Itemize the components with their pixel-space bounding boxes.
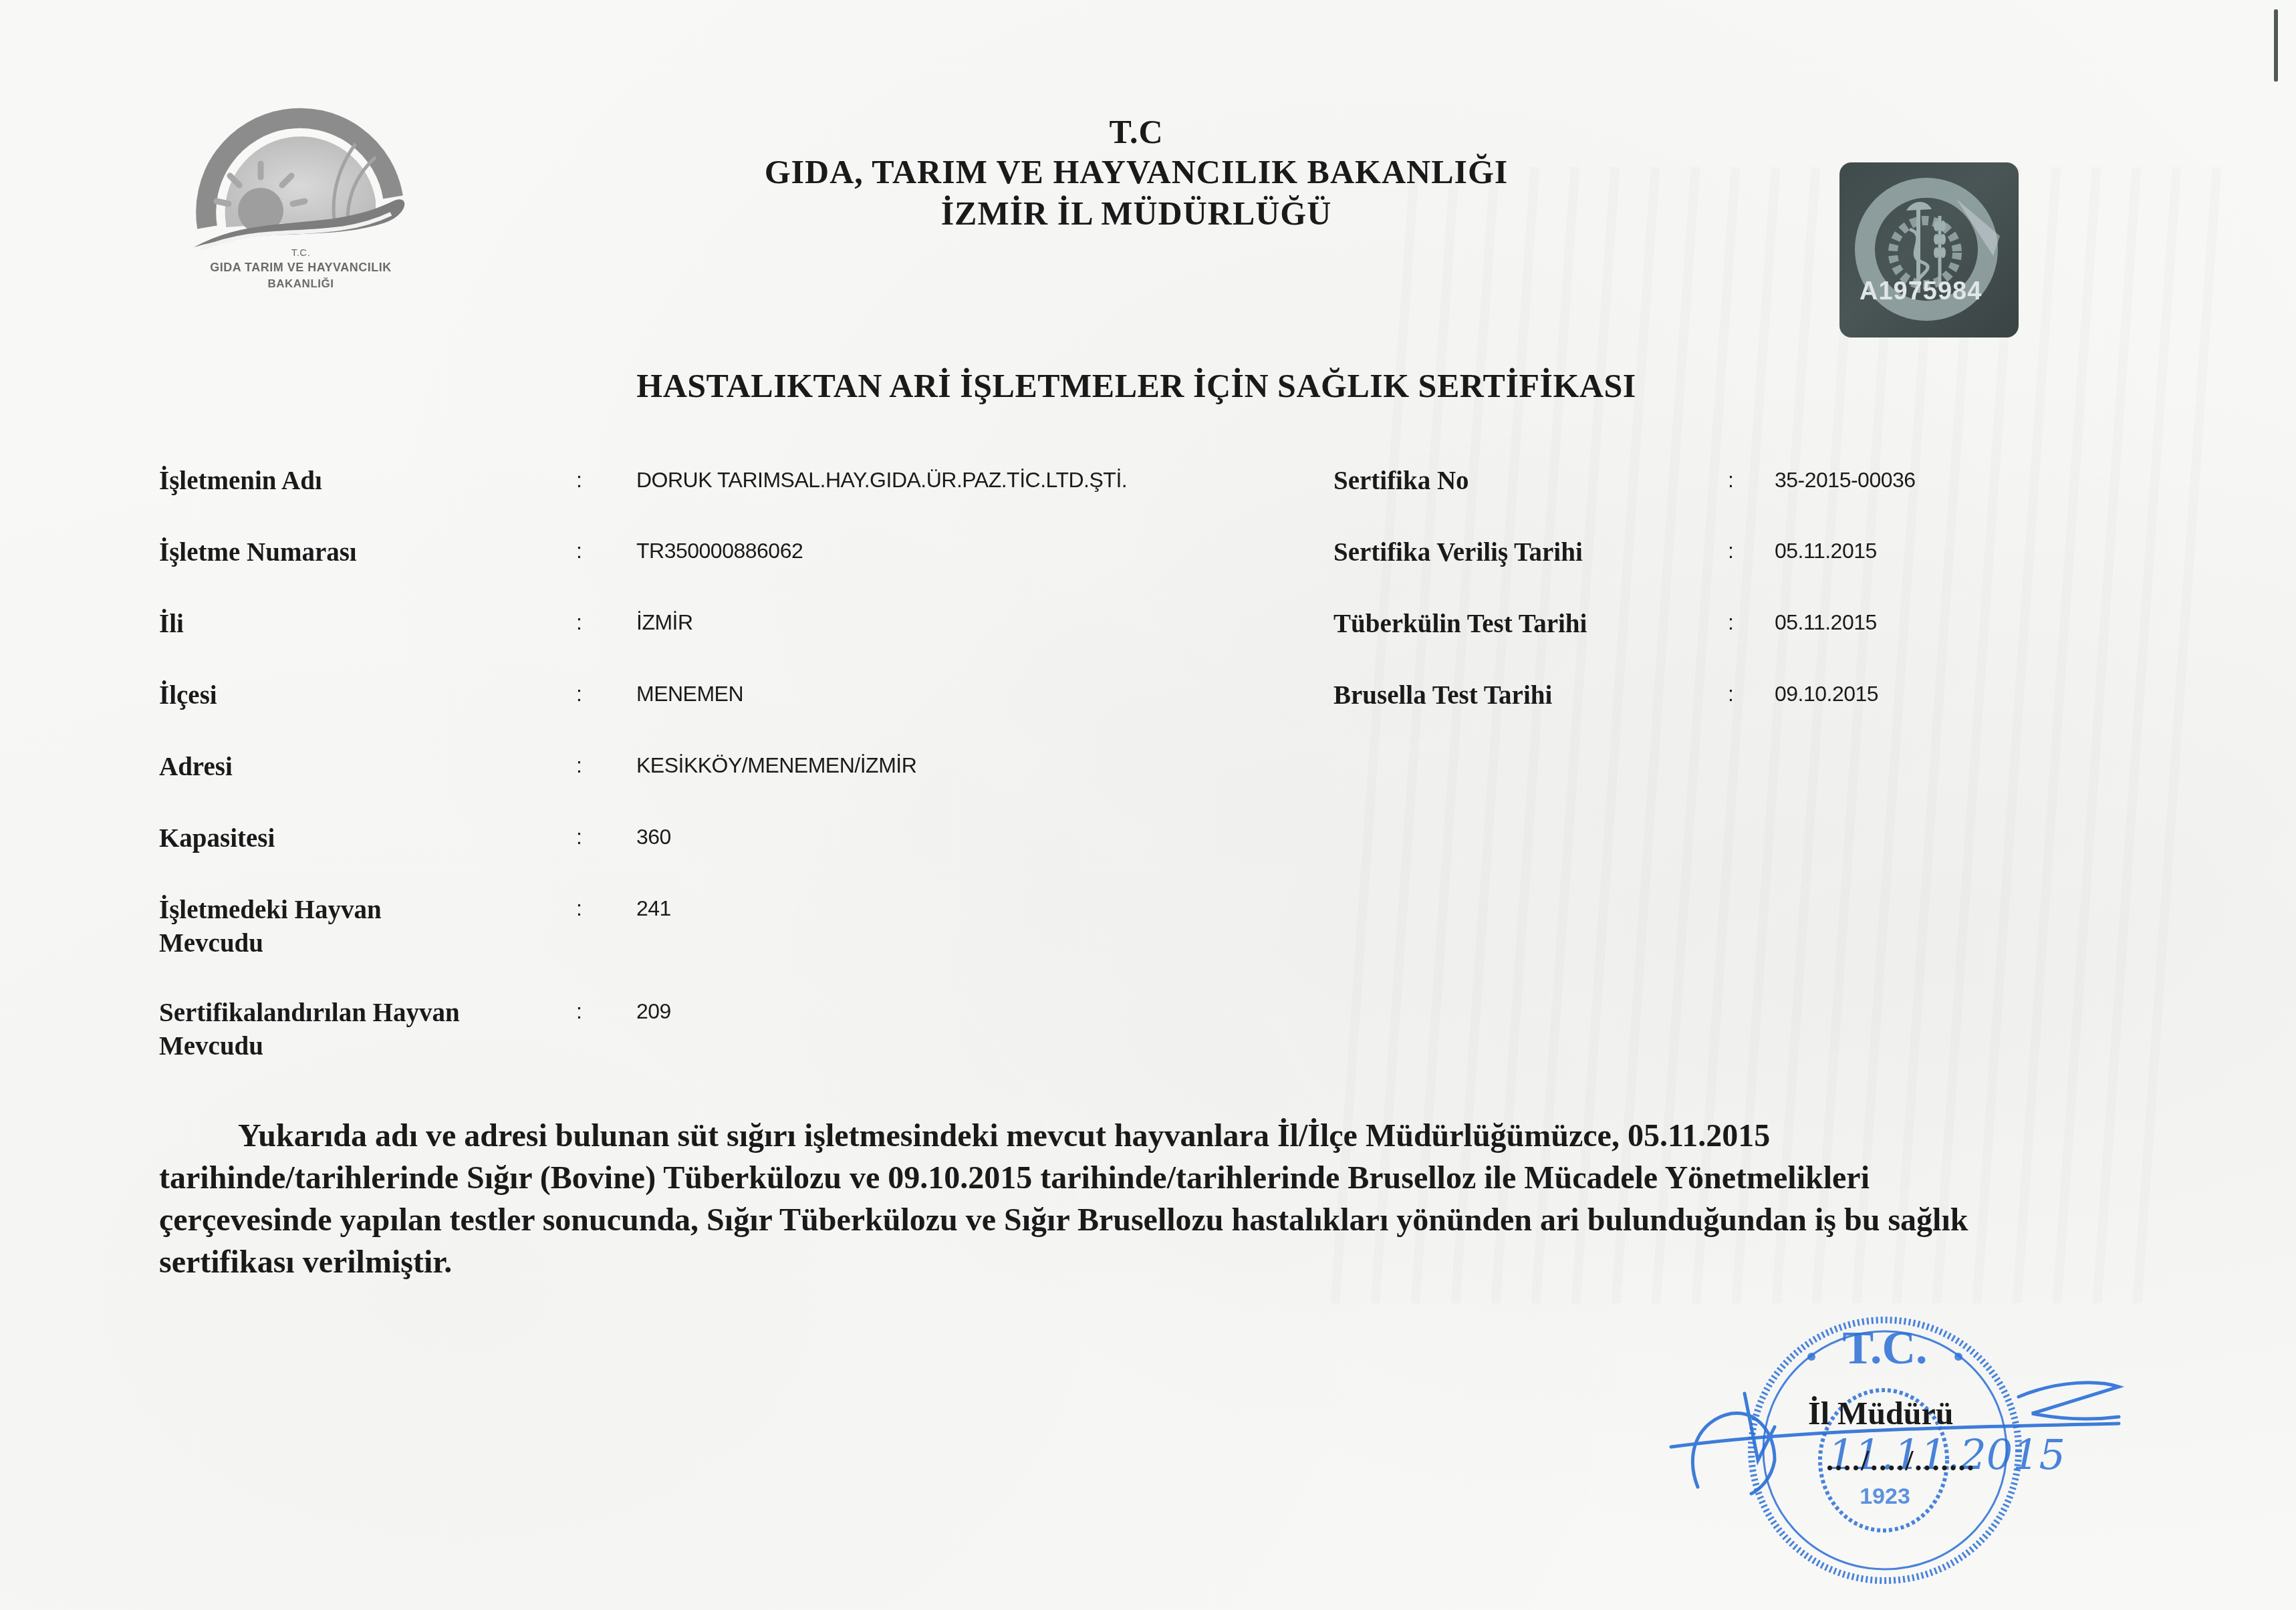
field-separator: : [1728,468,1734,493]
field-label: İşletmenin Adı [159,464,322,498]
field-label: Sertifika Veriliş Tarihi [1333,536,1583,569]
certification-statement: Yukarıda adı ve adresi bulunan süt sığır… [159,1115,2044,1283]
date-placeholder: ..../..../....... [1826,1444,1975,1478]
field-label: Adresi [159,751,233,784]
field-separator: : [1728,682,1734,706]
field-value: İZMİR [636,610,693,635]
field-separator: : [1728,610,1734,635]
field-label: Tüberkülin Test Tarihi [1333,608,1587,641]
field-separator: : [576,825,582,849]
field-separator: : [576,999,582,1024]
header-department: İZMİR İL MÜDÜRLÜĞÜ [668,194,1604,233]
field-label: Sertifikalandırılan Hayvan [159,996,460,1030]
field-label: Kapasitesi [159,822,275,855]
field-value: 360 [636,825,671,849]
field-separator: : [576,468,582,493]
field-value: 05.11.2015 [1775,610,1877,635]
edge-mark [2274,9,2278,82]
field-value: MENEMEN [636,682,743,706]
field-value: TR350000886062 [636,539,803,563]
field-label: İşletme Numarası [159,536,357,569]
header-tc: T.C [668,112,1604,151]
field-separator: : [576,539,582,563]
field-separator: : [576,753,582,778]
field-value: 35-2015-00036 [1775,468,1916,493]
field-label: İli [159,608,184,641]
security-hologram: A1975984 [1839,162,2019,338]
logo-ministry-name-2: BAKANLIĞI [180,277,421,291]
gear-caduceus-wheat-icon [1839,162,2019,338]
field-separator: : [576,610,582,635]
logo-ministry-name: GIDA TARIM VE HAYVANCILIK [180,261,421,275]
field-separator: : [576,896,582,921]
field-value: 09.10.2015 [1775,682,1878,706]
field-label: İşletmedeki Hayvan [159,894,382,927]
field-value: 05.11.2015 [1775,539,1877,563]
field-value: 241 [636,896,671,921]
document-title: HASTALIKTAN ARİ İŞLETMELER İÇİN SAĞLIK S… [535,366,1738,405]
ministry-logo: T.C. GIDA TARIM VE HAYVANCILIK BAKANLIĞI [180,84,421,304]
field-label: Brusella Test Tarihi [1333,679,1552,712]
sun-wheat-emblem-icon [180,84,421,251]
field-label: İlçesi [159,679,217,712]
field-value: DORUK TARIMSAL.HAY.GIDA.ÜR.PAZ.TİC.LTD.Ş… [636,468,1127,493]
logo-tc-text: T.C. [180,247,421,259]
hologram-serial: A1975984 [1860,277,1982,306]
signatory-title: İl Müdürü [1808,1395,1953,1432]
field-separator: : [1728,539,1734,563]
field-label: Sertifika No [1333,464,1469,498]
field-separator: : [576,682,582,706]
field-value: 209 [636,999,671,1024]
field-label-line2: Mevcudu [159,1030,263,1063]
field-value: KESİKKÖY/MENEMEN/İZMİR [636,753,916,778]
field-label-line2: Mevcudu [159,927,263,960]
header-ministry: GIDA, TARIM VE HAYVANCILIK BAKANLIĞI [668,152,1604,191]
